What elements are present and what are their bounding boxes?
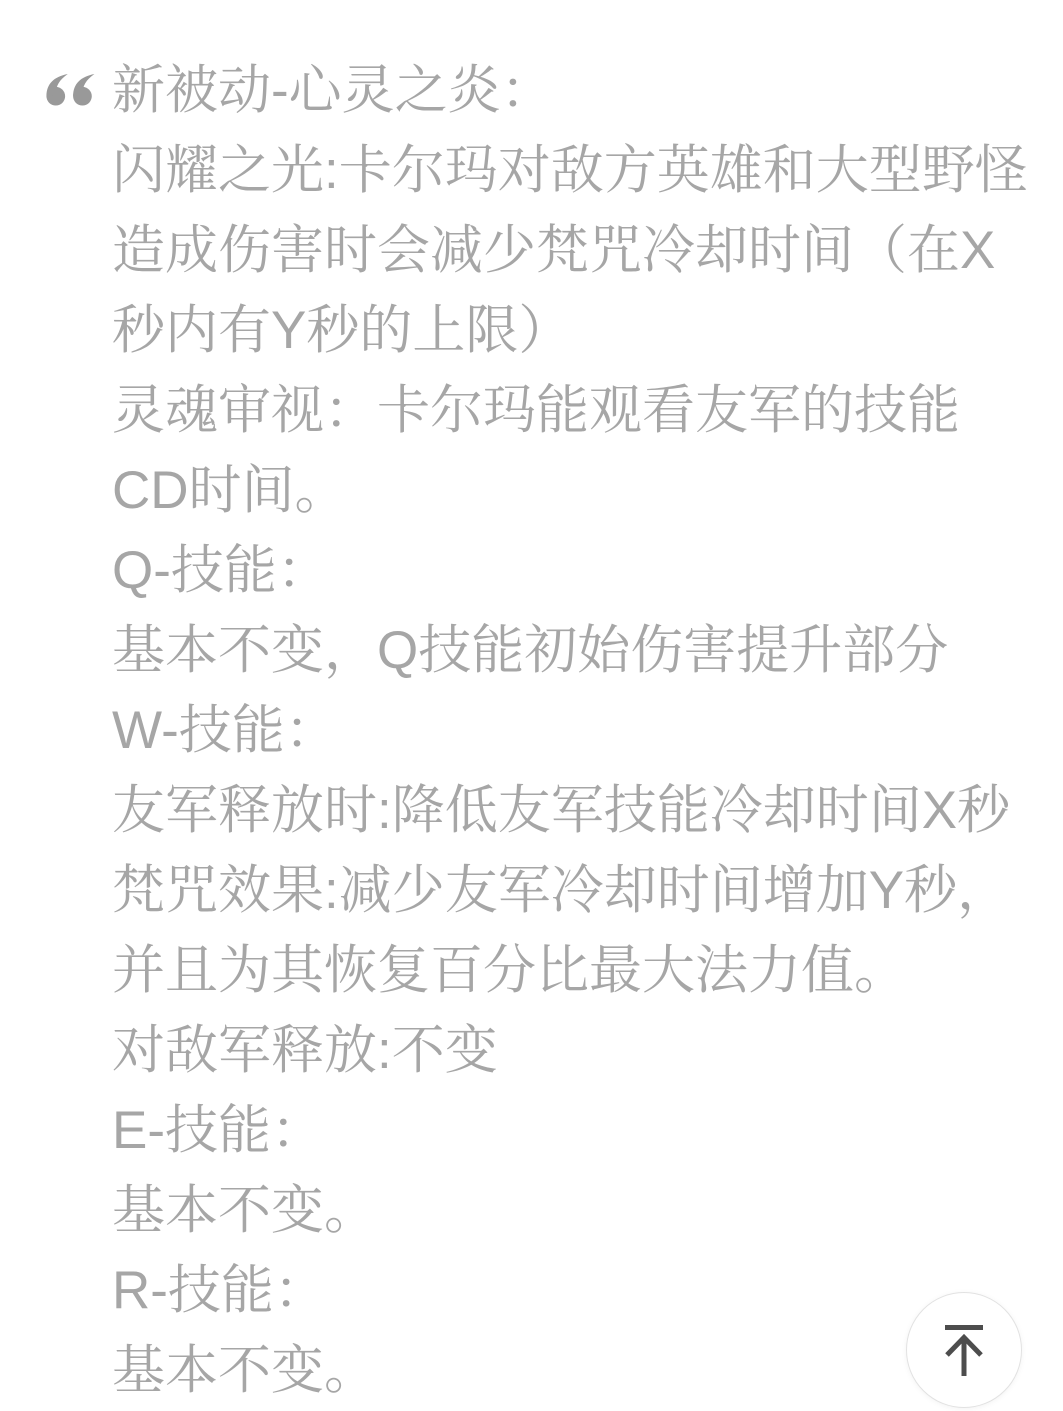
quote-line: R-技能： [112,1251,1043,1331]
quote-block: 新被动-心灵之炎： 闪耀之光:卡尔玛对敌方英雄和大型野怪 造成伤害时会减少梵咒冷… [0,0,1063,1411]
quote-text: 新被动-心灵之炎： 闪耀之光:卡尔玛对敌方英雄和大型野怪 造成伤害时会减少梵咒冷… [112,51,1043,1411]
quote-line: 基本不变。 [112,1331,1043,1411]
quote-line: Q-技能： [112,531,1043,611]
quote-line: 新被动-心灵之炎： [112,51,1043,131]
quote-line: CD时间。 [112,451,1043,531]
quote-line: 梵咒效果:减少友军冷却时间增加Y秒， [112,851,1043,931]
open-quote-icon [45,74,95,106]
quote-line: W-技能： [112,691,1043,771]
back-to-top-button[interactable] [906,1292,1022,1408]
quote-line: 并且为其恢复百分比最大法力值。 [112,931,1043,1011]
quote-line: 造成伤害时会减少梵咒冷却时间（在X [112,211,1043,291]
quote-line: 秒内有Y秒的上限） [112,291,1043,371]
quote-line: 灵魂审视：卡尔玛能观看友军的技能 [112,371,1043,451]
page: { "page": { "background": "#ffffff" }, "… [0,0,1063,1411]
quote-line: 基本不变。 [112,1171,1043,1251]
quote-line: 对敌军释放:不变 [112,1011,1043,1091]
quote-line: 闪耀之光:卡尔玛对敌方英雄和大型野怪 [112,131,1043,211]
quote-line: 友军释放时:降低友军技能冷却时间X秒 [112,771,1043,851]
arrow-up-to-top-icon [942,1324,986,1378]
quote-line: E-技能： [112,1091,1043,1171]
quote-line: 基本不变，Q技能初始伤害提升部分 [112,611,1043,691]
